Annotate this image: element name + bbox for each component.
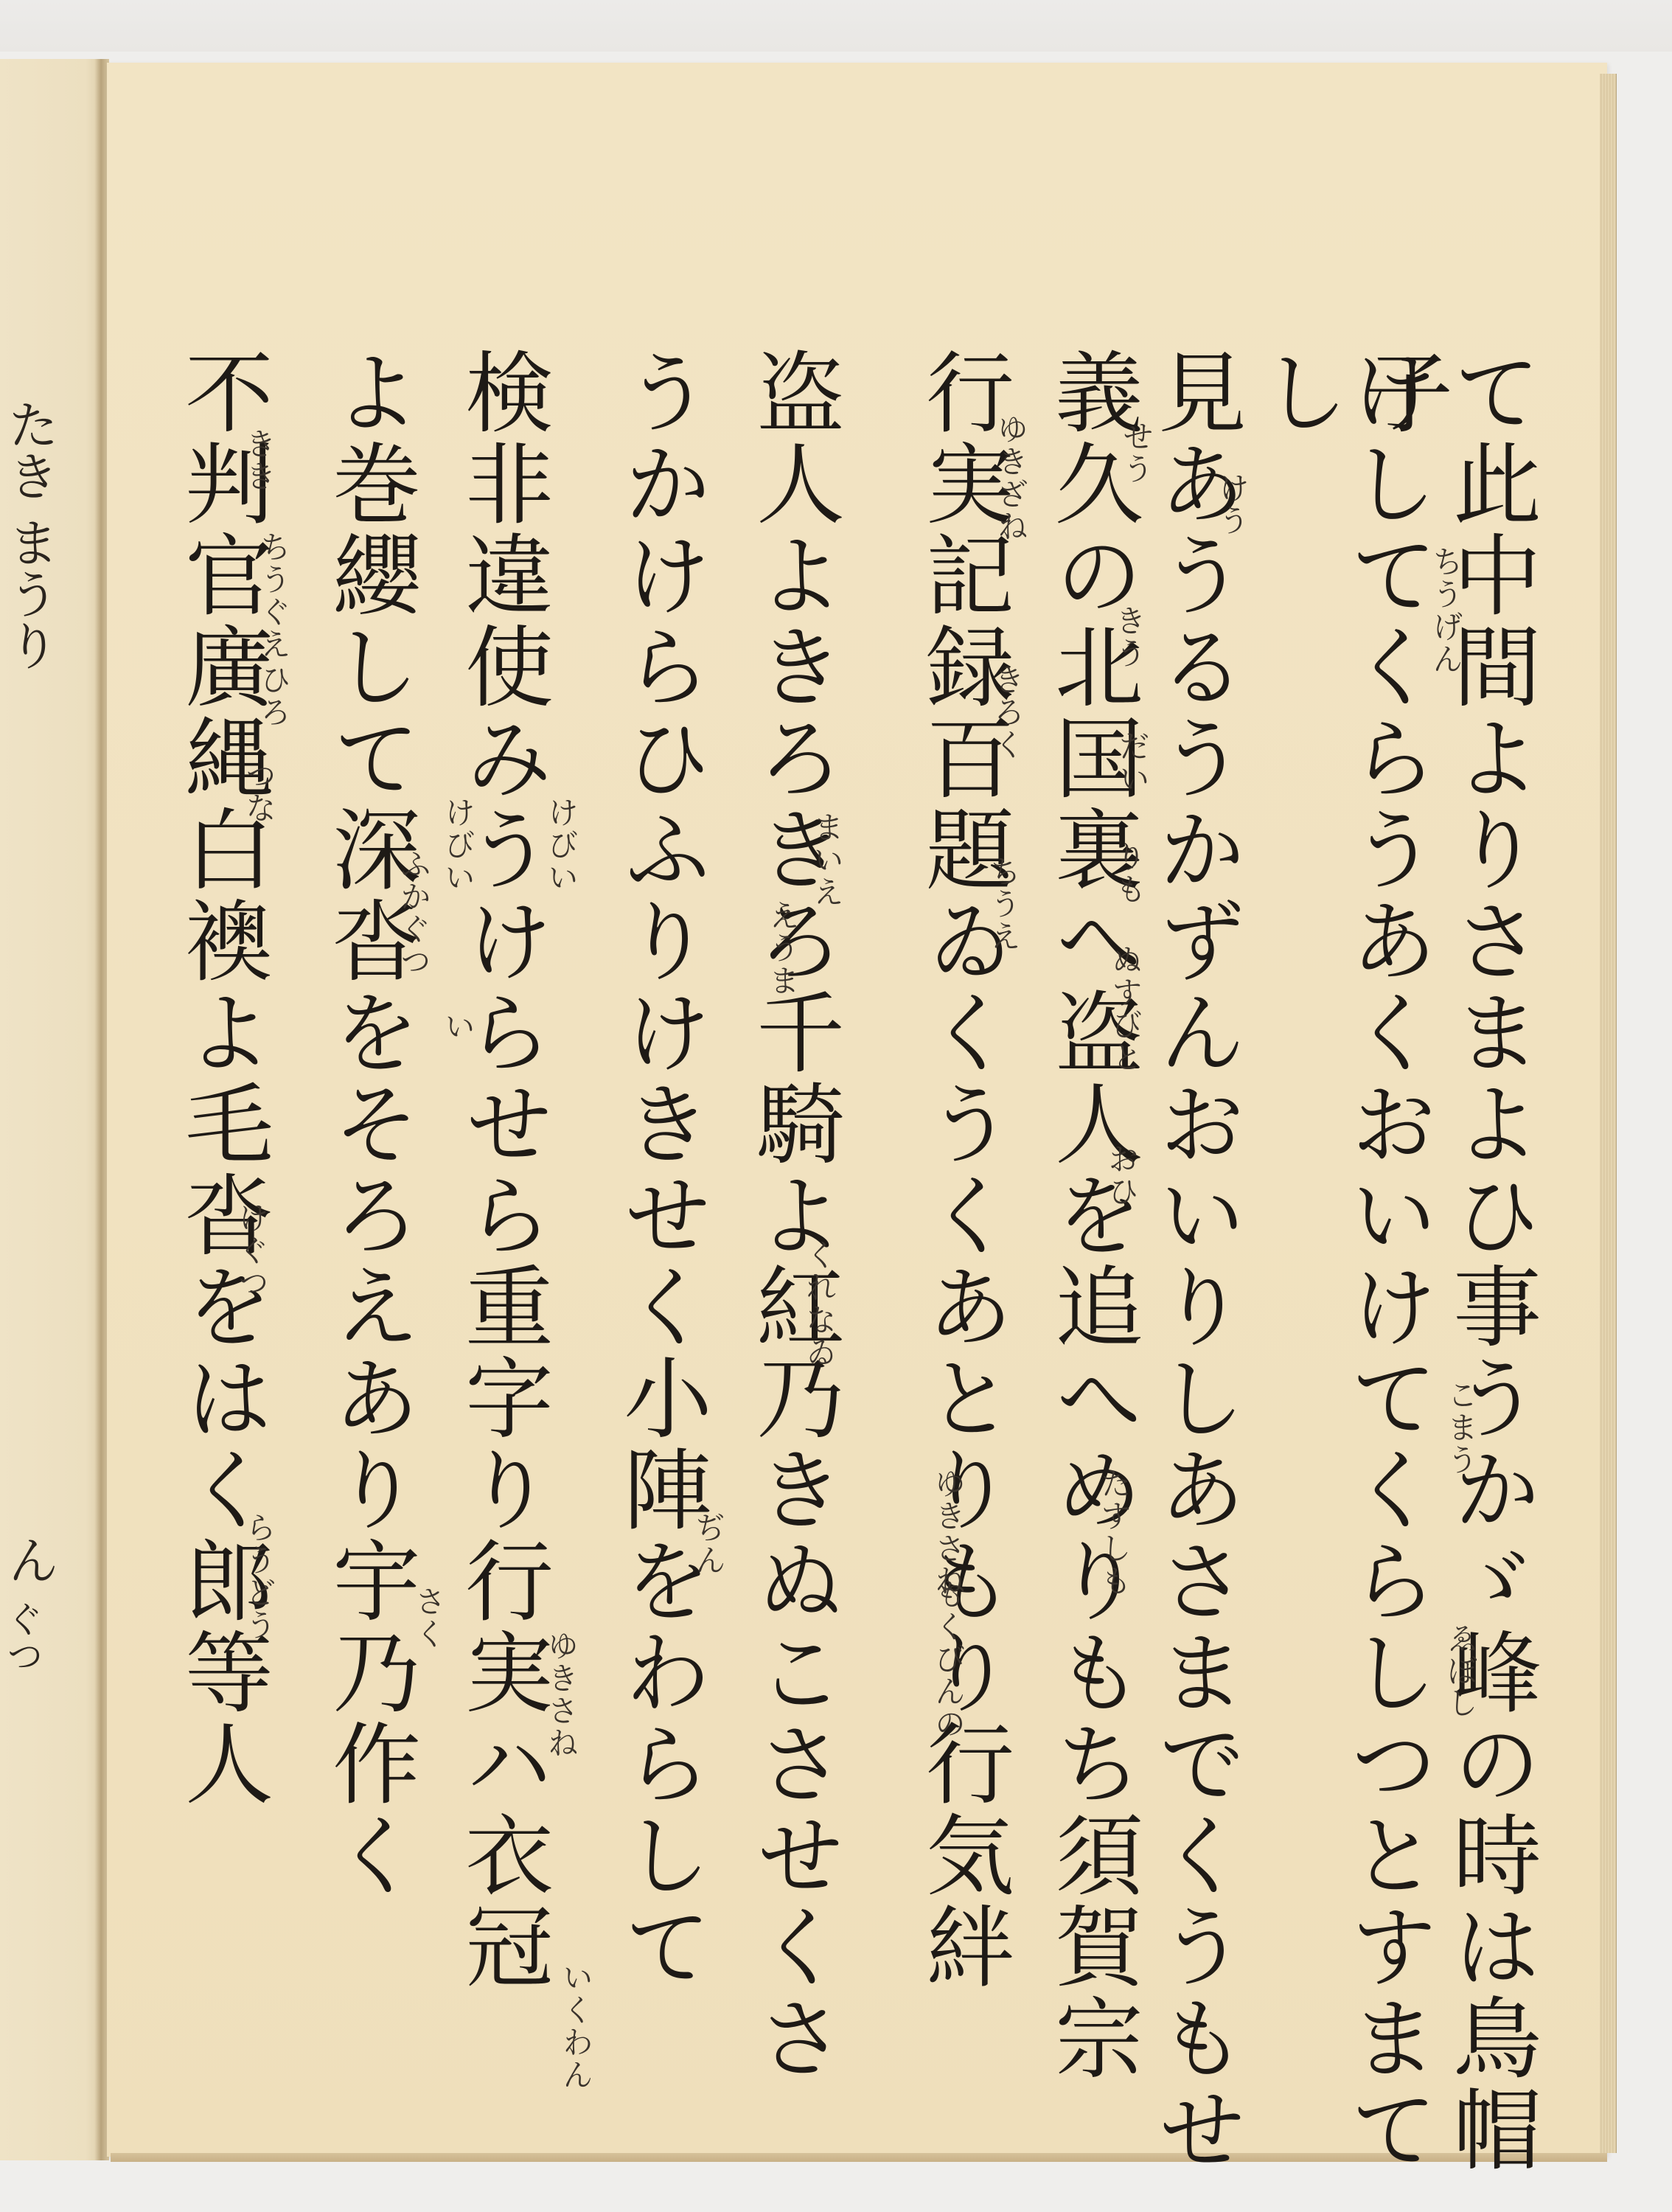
ruby-text: けぐつ [236,1202,267,1299]
ruby-text: い [442,1010,473,1043]
text-column-6: 盗人よきろきろ千騎よ紅乃きぬこさせくさ [748,347,837,2084]
left-page-fragment: たき [4,398,55,501]
ruby-text: ぬすびと [1110,944,1140,1074]
ruby-text: らうどう [243,1512,274,1641]
ruby-text: ふかぐつ [398,848,429,978]
ruby-text: だい [1117,730,1148,795]
left-page-fragment: まうり [4,516,55,671]
page-edge-stack [1600,74,1617,2153]
ruby-text: つな [243,759,274,824]
ruby-text: もくびんの [933,1578,964,1740]
ruby-text: けう [1216,472,1247,537]
ruby-text: きう [1113,605,1144,669]
ruby-text: えうま [767,900,798,997]
text-column-5: 行実記録百題ゐくうくあとりもり行気絆 [918,347,1006,1992]
ruby-text: きき [243,428,274,493]
ruby-text: ゑぼし [1445,1622,1476,1719]
ruby-text: ちうぐえ [258,531,289,661]
text-column-7: うかけらひふりけきせく小陣をわらして [616,347,704,1992]
ruby-text: いくわん [560,1961,591,2091]
ruby-text: くれなゐ [804,1239,835,1368]
ruby-text: こまう [1445,1379,1476,1476]
background [0,0,1672,52]
ruby-text: さく [413,1585,444,1650]
text-column-2: けしてくらうあくおいけてくらしつとすまてし [1253,347,1430,2212]
text-column-9: よ巻纓して深沓をそろえあり宇乃作く [324,347,413,1901]
ruby-text: けびい [442,796,473,894]
left-page: たき まうり ん ぐつ [0,59,107,2160]
ruby-text: ゆきざね [995,413,1026,543]
ruby-text: けびい [546,796,577,894]
ruby-text: ゆきさね [546,1630,577,1759]
ruby-text: おひ [1106,1143,1137,1208]
ruby-text: たすしも [1098,1467,1129,1597]
ruby-text: ぢん [693,1512,724,1576]
text-column-3: 見あうるうかずんおいりしあさまでくうもせ [1150,347,1239,2175]
ruby-text: まいえ [811,811,842,908]
left-page-fragment: ぐつ [4,1600,41,1674]
ruby-text: りも [1113,841,1144,905]
ruby-text: せう [1121,420,1152,485]
ruby-text: きろく [992,664,1023,761]
ruby-text: ひろ [258,664,289,728]
text-column-8: 検非違使みうけらせら重字り行実ハ衣冠 [457,347,546,1992]
left-page-fragment: ん [4,1534,55,1585]
ruby-text: ちうげん [1430,546,1461,675]
ruby-text: ちうえ [988,855,1019,953]
